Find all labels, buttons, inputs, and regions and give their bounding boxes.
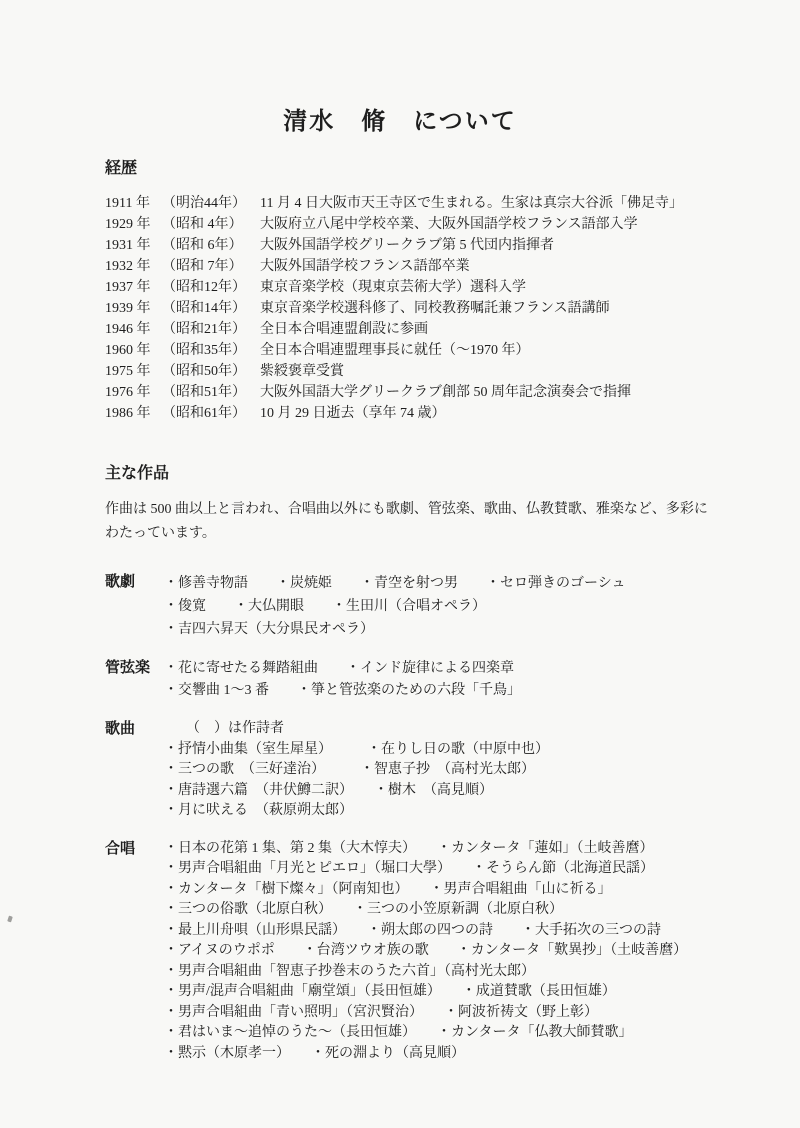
works-category-orchestral: 管弦楽 ・花に寄せたる舞踏組曲 ・インド旋律による四楽章 ・交響曲 1～3 番 … (105, 658, 712, 702)
career-entry-1911: 1911 年 （明治44年） 11 月 4 日大阪市天王寺区で生まれる。生家は真… (105, 193, 712, 214)
career-era: （昭和 6年） (162, 235, 260, 256)
works-line: ・黙示（木原孝一） ・死の淵より（高見順） (164, 1044, 712, 1065)
career-year: 1937 年 (105, 277, 162, 298)
career-era: （昭和61年） (162, 403, 260, 424)
works-line: ・男声合唱組曲「智恵子抄巻末のうた六首」（高村光太郎） (164, 962, 712, 983)
career-entry-1976: 1976 年 （昭和51年） 大阪外国語大学グリークラブ創部 50 周年記念演奏… (105, 382, 712, 403)
works-line: ・修善寺物語 ・炭焼姫 ・青空を射つ男 ・セロ弾きのゴーシュ (164, 572, 712, 595)
career-description: 東京音楽学校（現東京芸術大学）選科入学 (260, 277, 712, 298)
career-year: 1931 年 (105, 235, 162, 256)
career-entry-1986: 1986 年 （昭和61年） 10 月 29 日逝去（享年 74 歳） (105, 403, 712, 424)
career-era: （昭和35年） (162, 340, 260, 361)
works-items: ・花に寄せたる舞踏組曲 ・インド旋律による四楽章 ・交響曲 1～3 番 ・箏と管… (164, 658, 712, 702)
career-year: 1911 年 (105, 193, 162, 214)
works-line: ・唐詩選六篇 （井伏鱒二訳） ・樹木 （高見順） (164, 781, 712, 802)
career-year: 1960 年 (105, 340, 162, 361)
career-description: 大阪府立八尾中学校卒業、大阪外国語学校フランス語部入学 (260, 214, 712, 235)
career-entry-1932: 1932 年 （昭和 7年） 大阪外国語学校フランス語部卒業 (105, 256, 712, 277)
career-entry-1929: 1929 年 （昭和 4年） 大阪府立八尾中学校卒業、大阪外国語学校フランス語部… (105, 214, 712, 235)
works-line: ・花に寄せたる舞踏組曲 ・インド旋律による四楽章 (164, 658, 712, 680)
document-content: 経歴 1911 年 （明治44年） 11 月 4 日大阪市天王寺区で生まれる。生… (0, 161, 800, 1064)
career-description: 大阪外国語学校グリークラブ第 5 代団内指揮者 (260, 235, 712, 256)
career-entry-1960: 1960 年 （昭和35年） 全日本合唱連盟理事長に就任（～1970 年） (105, 340, 712, 361)
career-entry-1939: 1939 年 （昭和14年） 東京音楽学校選科修了、同校教務嘱託兼フランス語講師 (105, 298, 712, 319)
career-description: 全日本合唱連盟理事長に就任（～1970 年） (260, 340, 712, 361)
works-category-label: 歌劇 (105, 572, 164, 592)
works-line: ・三つの俗歌（北原白秋） ・三つの小笠原新調（北原白秋） (164, 900, 712, 921)
career-entry-1975: 1975 年 （昭和50年） 紫綬褒章受賞 (105, 361, 712, 382)
career-entry-1937: 1937 年 （昭和12年） 東京音楽学校（現東京芸術大学）選科入学 (105, 277, 712, 298)
career-year: 1986 年 (105, 403, 162, 424)
career-description: 東京音楽学校選科修了、同校教務嘱託兼フランス語講師 (260, 298, 712, 319)
career-era: （昭和14年） (162, 298, 260, 319)
career-era: （明治44年） (162, 193, 260, 214)
career-year: 1929 年 (105, 214, 162, 235)
works-category-chorus: 合唱 ・日本の花第 1 集、第 2 集（大木惇夫） ・カンタータ「蓮如」（土岐善… (105, 839, 712, 1065)
works-line: ・男声合唱組曲「月光とピエロ」（堀口大學） ・そうらん節（北海道民謡） (164, 859, 712, 880)
works-line: ・アイヌのウポポ ・台湾ツウオ族の歌 ・カンタータ「歎異抄」（土岐善麿） (164, 941, 712, 962)
works-line: ・カンタータ「樹下燦々」（阿南知也） ・男声合唱組曲「山に祈る」 (164, 880, 712, 901)
works-line: ・三つの歌 （三好達治） ・智恵子抄 （高村光太郎） (164, 760, 712, 781)
career-year: 1932 年 (105, 256, 162, 277)
scanned-document-page: 清水 脩 について 経歴 1911 年 （明治44年） 11 月 4 日大阪市天… (0, 0, 800, 1128)
works-line: ・君はいま～追悼のうた～（長田恒雄） ・カンタータ「仏教大師賛歌」 (164, 1023, 712, 1044)
works-category-label: 歌曲 (105, 719, 164, 739)
works-line: ・最上川舟唄（山形県民謡） ・朔太郎の四つの詩 ・大手拓次の三つの詩 (164, 921, 712, 942)
works-category-label: 管弦楽 (105, 658, 164, 678)
works-list: 歌劇 ・修善寺物語 ・炭焼姫 ・青空を射つ男 ・セロ弾きのゴーシュ ・俊寛 ・大… (105, 572, 712, 1064)
works-items: ・修善寺物語 ・炭焼姫 ・青空を射つ男 ・セロ弾きのゴーシュ ・俊寛 ・大仏開眼… (164, 572, 712, 641)
career-entry-1931: 1931 年 （昭和 6年） 大阪外国語学校グリークラブ第 5 代団内指揮者 (105, 235, 712, 256)
works-line: ・男声合唱組曲「青い照明」（宮沢賢治） ・阿波祈祷文（野上彰） (164, 1003, 712, 1024)
works-section-heading: 主な作品 (105, 466, 712, 482)
works-items: ・日本の花第 1 集、第 2 集（大木惇夫） ・カンタータ「蓮如」（土岐善麿） … (164, 839, 712, 1065)
works-line: ・月に吠える （萩原朔太郎） (164, 801, 712, 822)
career-description: 大阪外国語大学グリークラブ創部 50 周年記念演奏会で指揮 (260, 382, 712, 403)
works-category-opera: 歌劇 ・修善寺物語 ・炭焼姫 ・青空を射つ男 ・セロ弾きのゴーシュ ・俊寛 ・大… (105, 572, 712, 641)
career-description: 10 月 29 日逝去（享年 74 歳） (260, 403, 712, 424)
career-year: 1976 年 (105, 382, 162, 403)
career-year: 1946 年 (105, 319, 162, 340)
career-era: （昭和51年） (162, 382, 260, 403)
career-list: 1911 年 （明治44年） 11 月 4 日大阪市天王寺区で生まれる。生家は真… (105, 193, 712, 424)
career-description: 全日本合唱連盟創設に参画 (260, 319, 712, 340)
career-section-heading: 経歴 (105, 161, 712, 177)
career-description: 11 月 4 日大阪市天王寺区で生まれる。生家は真宗大谷派「佛足寺」 (260, 193, 712, 214)
works-line: ・吉四六昇天（大分県民オペラ） (164, 618, 712, 641)
works-category-label: 合唱 (105, 839, 164, 859)
works-line: ・俊寛 ・大仏開眼 ・生田川（合唱オペラ） (164, 595, 712, 618)
works-line: ・抒情小曲集（室生犀星） ・在りし日の歌（中原中也） (164, 740, 712, 761)
works-line: ・交響曲 1～3 番 ・箏と管弦楽のための六段「千鳥」 (164, 680, 712, 702)
career-year: 1939 年 (105, 298, 162, 319)
career-year: 1975 年 (105, 361, 162, 382)
works-category-songs: 歌曲 （ ）は作詩者 ・抒情小曲集（室生犀星） ・在りし日の歌（中原中也） ・三… (105, 719, 712, 822)
career-description: 紫綬褒章受賞 (260, 361, 712, 382)
career-era: （昭和12年） (162, 277, 260, 298)
career-era: （昭和21年） (162, 319, 260, 340)
career-era: （昭和 7年） (162, 256, 260, 277)
works-intro: 作曲は 500 曲以上と言われ、合唱曲以外にも歌劇、管弦楽、歌曲、仏教賛歌、雅楽… (105, 498, 712, 546)
page-title: 清水 脩 について (0, 110, 800, 134)
career-era: （昭和 4年） (162, 214, 260, 235)
career-description: 大阪外国語学校フランス語部卒業 (260, 256, 712, 277)
works-note: （ ）は作詩者 (186, 719, 712, 740)
works-line: ・男声/混声合唱組曲「廟堂頌」（長田恒雄） ・成道賛歌（長田恒雄） (164, 982, 712, 1003)
career-entry-1946: 1946 年 （昭和21年） 全日本合唱連盟創設に参画 (105, 319, 712, 340)
career-era: （昭和50年） (162, 361, 260, 382)
works-line: ・日本の花第 1 集、第 2 集（大木惇夫） ・カンタータ「蓮如」（土岐善麿） (164, 839, 712, 860)
works-items: （ ）は作詩者 ・抒情小曲集（室生犀星） ・在りし日の歌（中原中也） ・三つの歌… (164, 719, 712, 822)
